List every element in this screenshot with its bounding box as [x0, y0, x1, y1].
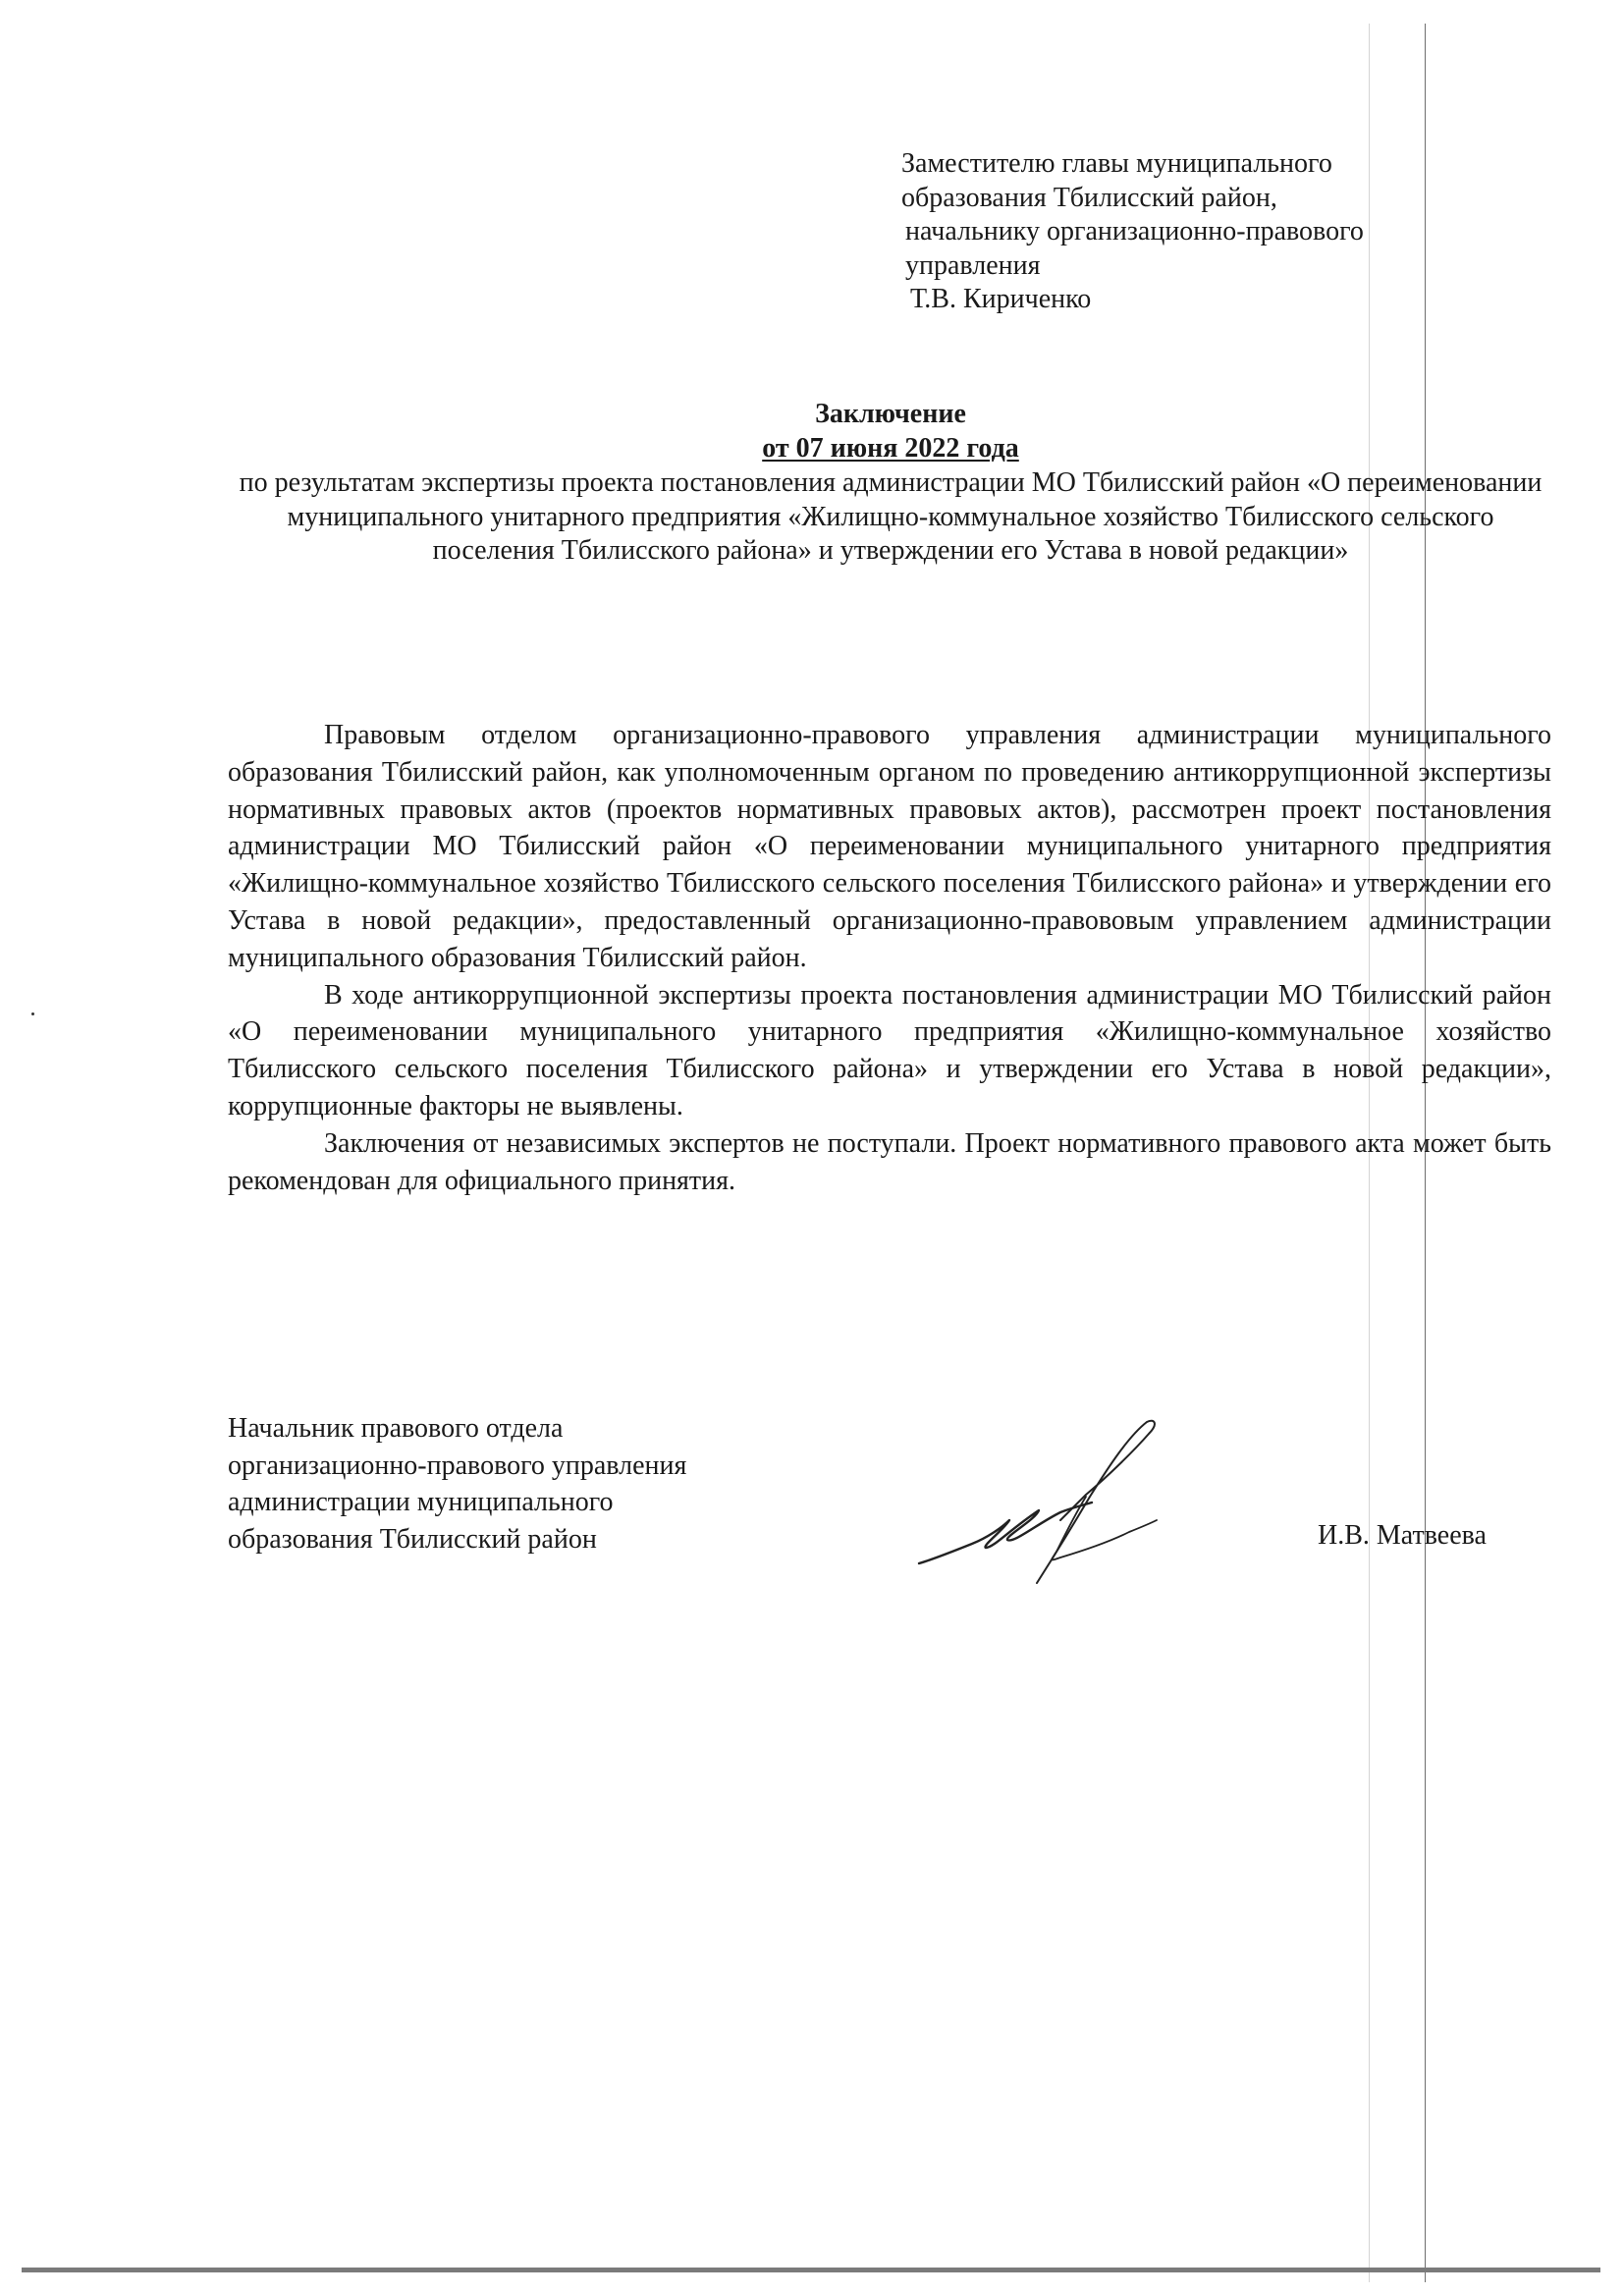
document-heading: Заключение от 07 июня 2022 года по резул…: [228, 398, 1553, 569]
body-paragraph: Заключения от независимых экспертов не п…: [228, 1125, 1551, 1200]
scan-bottom-edge: [22, 2268, 1600, 2272]
document-title: Заключение: [228, 398, 1553, 432]
document-page: Заместителю главы муниципального образов…: [0, 0, 1624, 2296]
addressee-line: управления: [901, 249, 1364, 284]
addressee-line: начальнику организационно-правового: [901, 215, 1364, 249]
position-line: Начальник правового отдела: [228, 1410, 686, 1448]
addressee-name: Т.В. Кириченко: [901, 283, 1364, 317]
addressee-block: Заместителю главы муниципального образов…: [901, 147, 1364, 317]
addressee-line: Заместителю главы муниципального: [901, 147, 1364, 182]
scan-speck: [31, 1012, 34, 1015]
document-body: Правовым отделом организационно-правовог…: [228, 717, 1551, 1199]
signatory-position: Начальник правового отдела организационн…: [228, 1410, 686, 1558]
document-date: от 07 июня 2022 года: [762, 433, 1019, 464]
position-line: организационно-правового управления: [228, 1448, 686, 1485]
body-paragraph: В ходе антикоррупционной экспертизы прое…: [228, 977, 1551, 1125]
signer-name: И.В. Матвеева: [1318, 1520, 1487, 1552]
document-subject: по результатам экспертизы проекта постан…: [228, 466, 1553, 569]
handwritten-signature-icon: [903, 1414, 1159, 1611]
position-line: администрации муниципального: [228, 1484, 686, 1521]
position-line: образования Тбилисский район: [228, 1521, 686, 1558]
addressee-line: образования Тбилисский район,: [901, 182, 1364, 216]
body-paragraph: Правовым отделом организационно-правовог…: [228, 717, 1551, 977]
